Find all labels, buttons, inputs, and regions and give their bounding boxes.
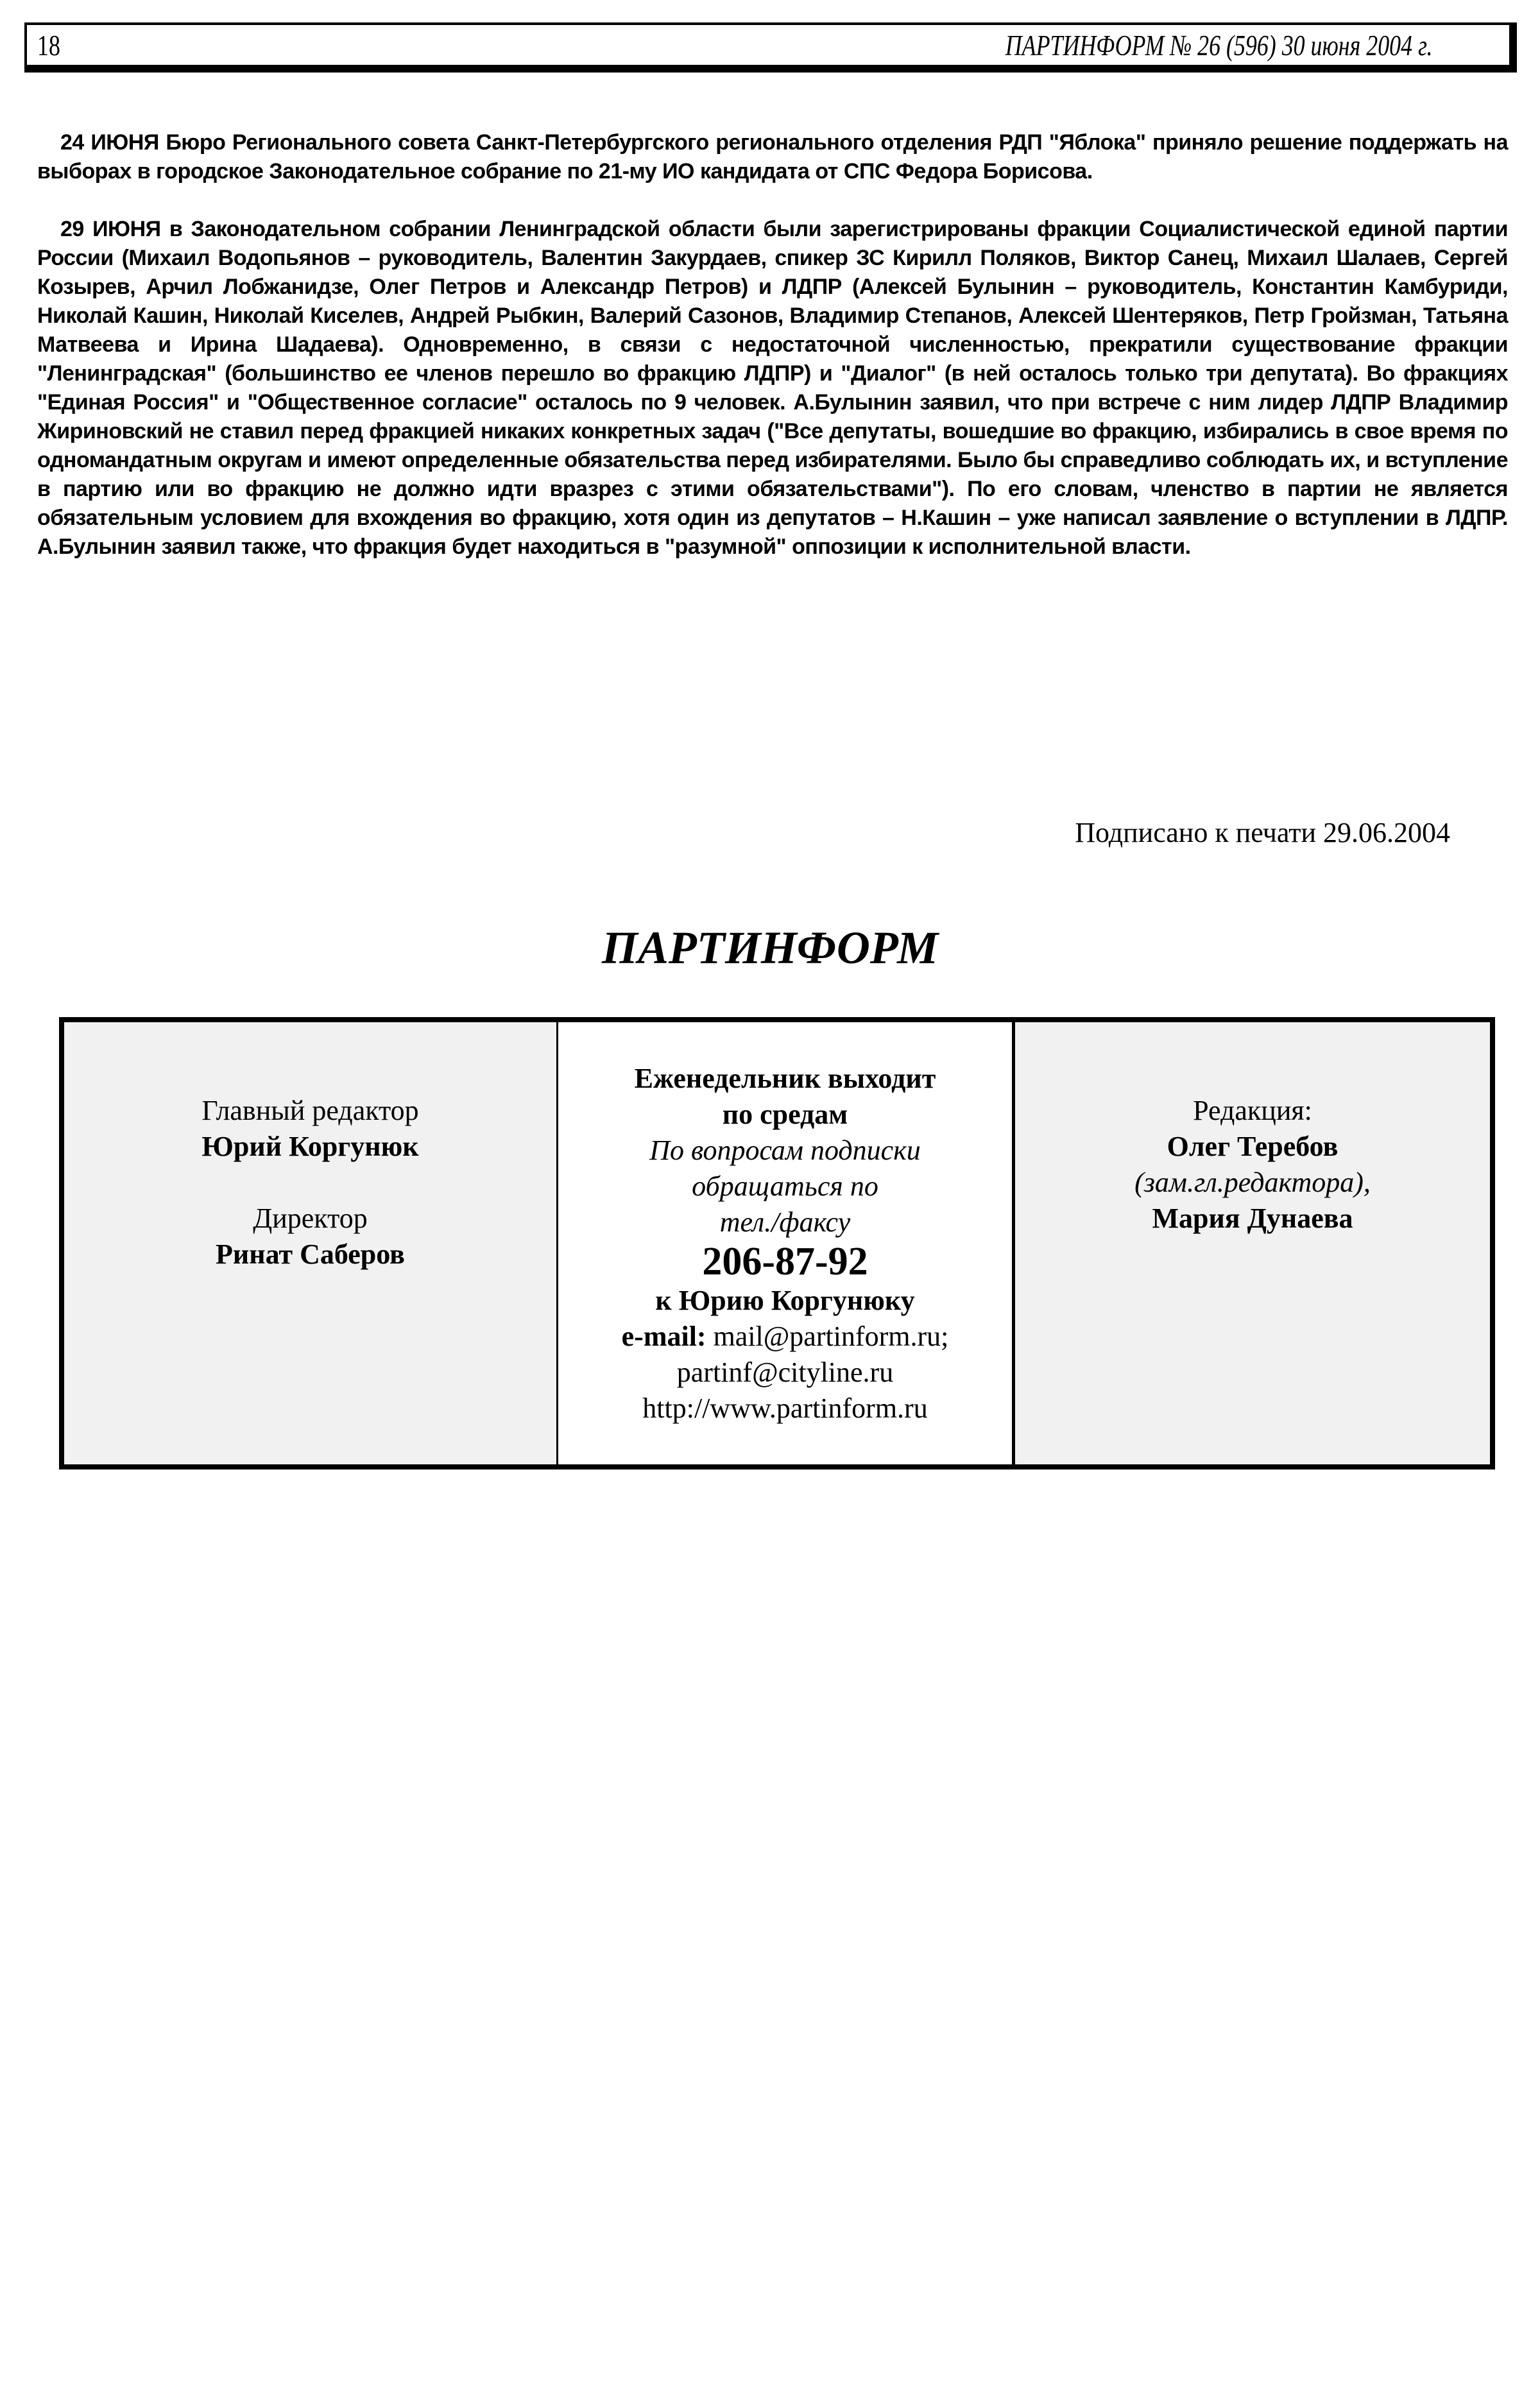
editor-name: Юрий Коргунюк: [64, 1129, 556, 1165]
staff-name: Мария Дунаева: [1015, 1201, 1490, 1237]
staff-name: Олег Теребов: [1015, 1129, 1490, 1165]
schedule-line: по средам: [558, 1097, 1012, 1133]
director-name: Ринат Саберов: [64, 1237, 556, 1272]
news-paragraph: 29 ИЮНЯ в Законодательном собрании Ленин…: [37, 215, 1508, 561]
imprint-box: Главный редактор Юрий Коргунюк Директор …: [59, 1017, 1495, 1469]
email-link[interactable]: partinf@cityline.ru: [558, 1355, 1012, 1391]
subscription-line: обращаться по: [558, 1169, 1012, 1204]
staff-role: (зам.гл.редактора),: [1015, 1165, 1490, 1201]
contact-person: к Юрию Коргунюку: [558, 1283, 1012, 1319]
subscription-line: тел./факсу: [558, 1204, 1012, 1240]
subscription-line: По вопросам подписки: [558, 1133, 1012, 1169]
schedule-line: Еженедельник выходит: [558, 1061, 1012, 1097]
staff-label: Редакция:: [1015, 1093, 1490, 1129]
page-number: 18: [37, 29, 60, 62]
website-link[interactable]: http://www.partinform.ru: [558, 1391, 1012, 1427]
phone-number: 206-87-92: [558, 1240, 1012, 1283]
imprint-contacts: Еженедельник выходит по средам По вопрос…: [558, 1022, 1015, 1464]
issue-info: ПАРТИНФОРМ № 26 (596) 30 июня 2004 г.: [1005, 29, 1432, 62]
imprint-editors: Главный редактор Юрий Коргунюк Директор …: [64, 1022, 558, 1464]
email-link[interactable]: mail@partinform.ru;: [714, 1321, 949, 1352]
news-paragraph: 24 ИЮНЯ Бюро Регионального совета Санкт-…: [37, 128, 1508, 186]
director-role: Директор: [64, 1201, 556, 1237]
email-line: e-mail: mail@partinform.ru;: [558, 1319, 1012, 1355]
article-body: 24 ИЮНЯ Бюро Регионального совета Санкт-…: [37, 128, 1508, 590]
signed-to-print: Подписано к печати 29.06.2004: [1075, 816, 1450, 850]
editor-role: Главный редактор: [64, 1093, 556, 1129]
masthead-title: ПАРТИНФОРМ: [0, 919, 1540, 977]
email-label: e-mail:: [622, 1321, 706, 1352]
imprint-staff: Редакция: Олег Теребов (зам.гл.редактора…: [1015, 1022, 1490, 1464]
running-header: 18 ПАРТИНФОРМ № 26 (596) 30 июня 2004 г.: [24, 22, 1517, 73]
